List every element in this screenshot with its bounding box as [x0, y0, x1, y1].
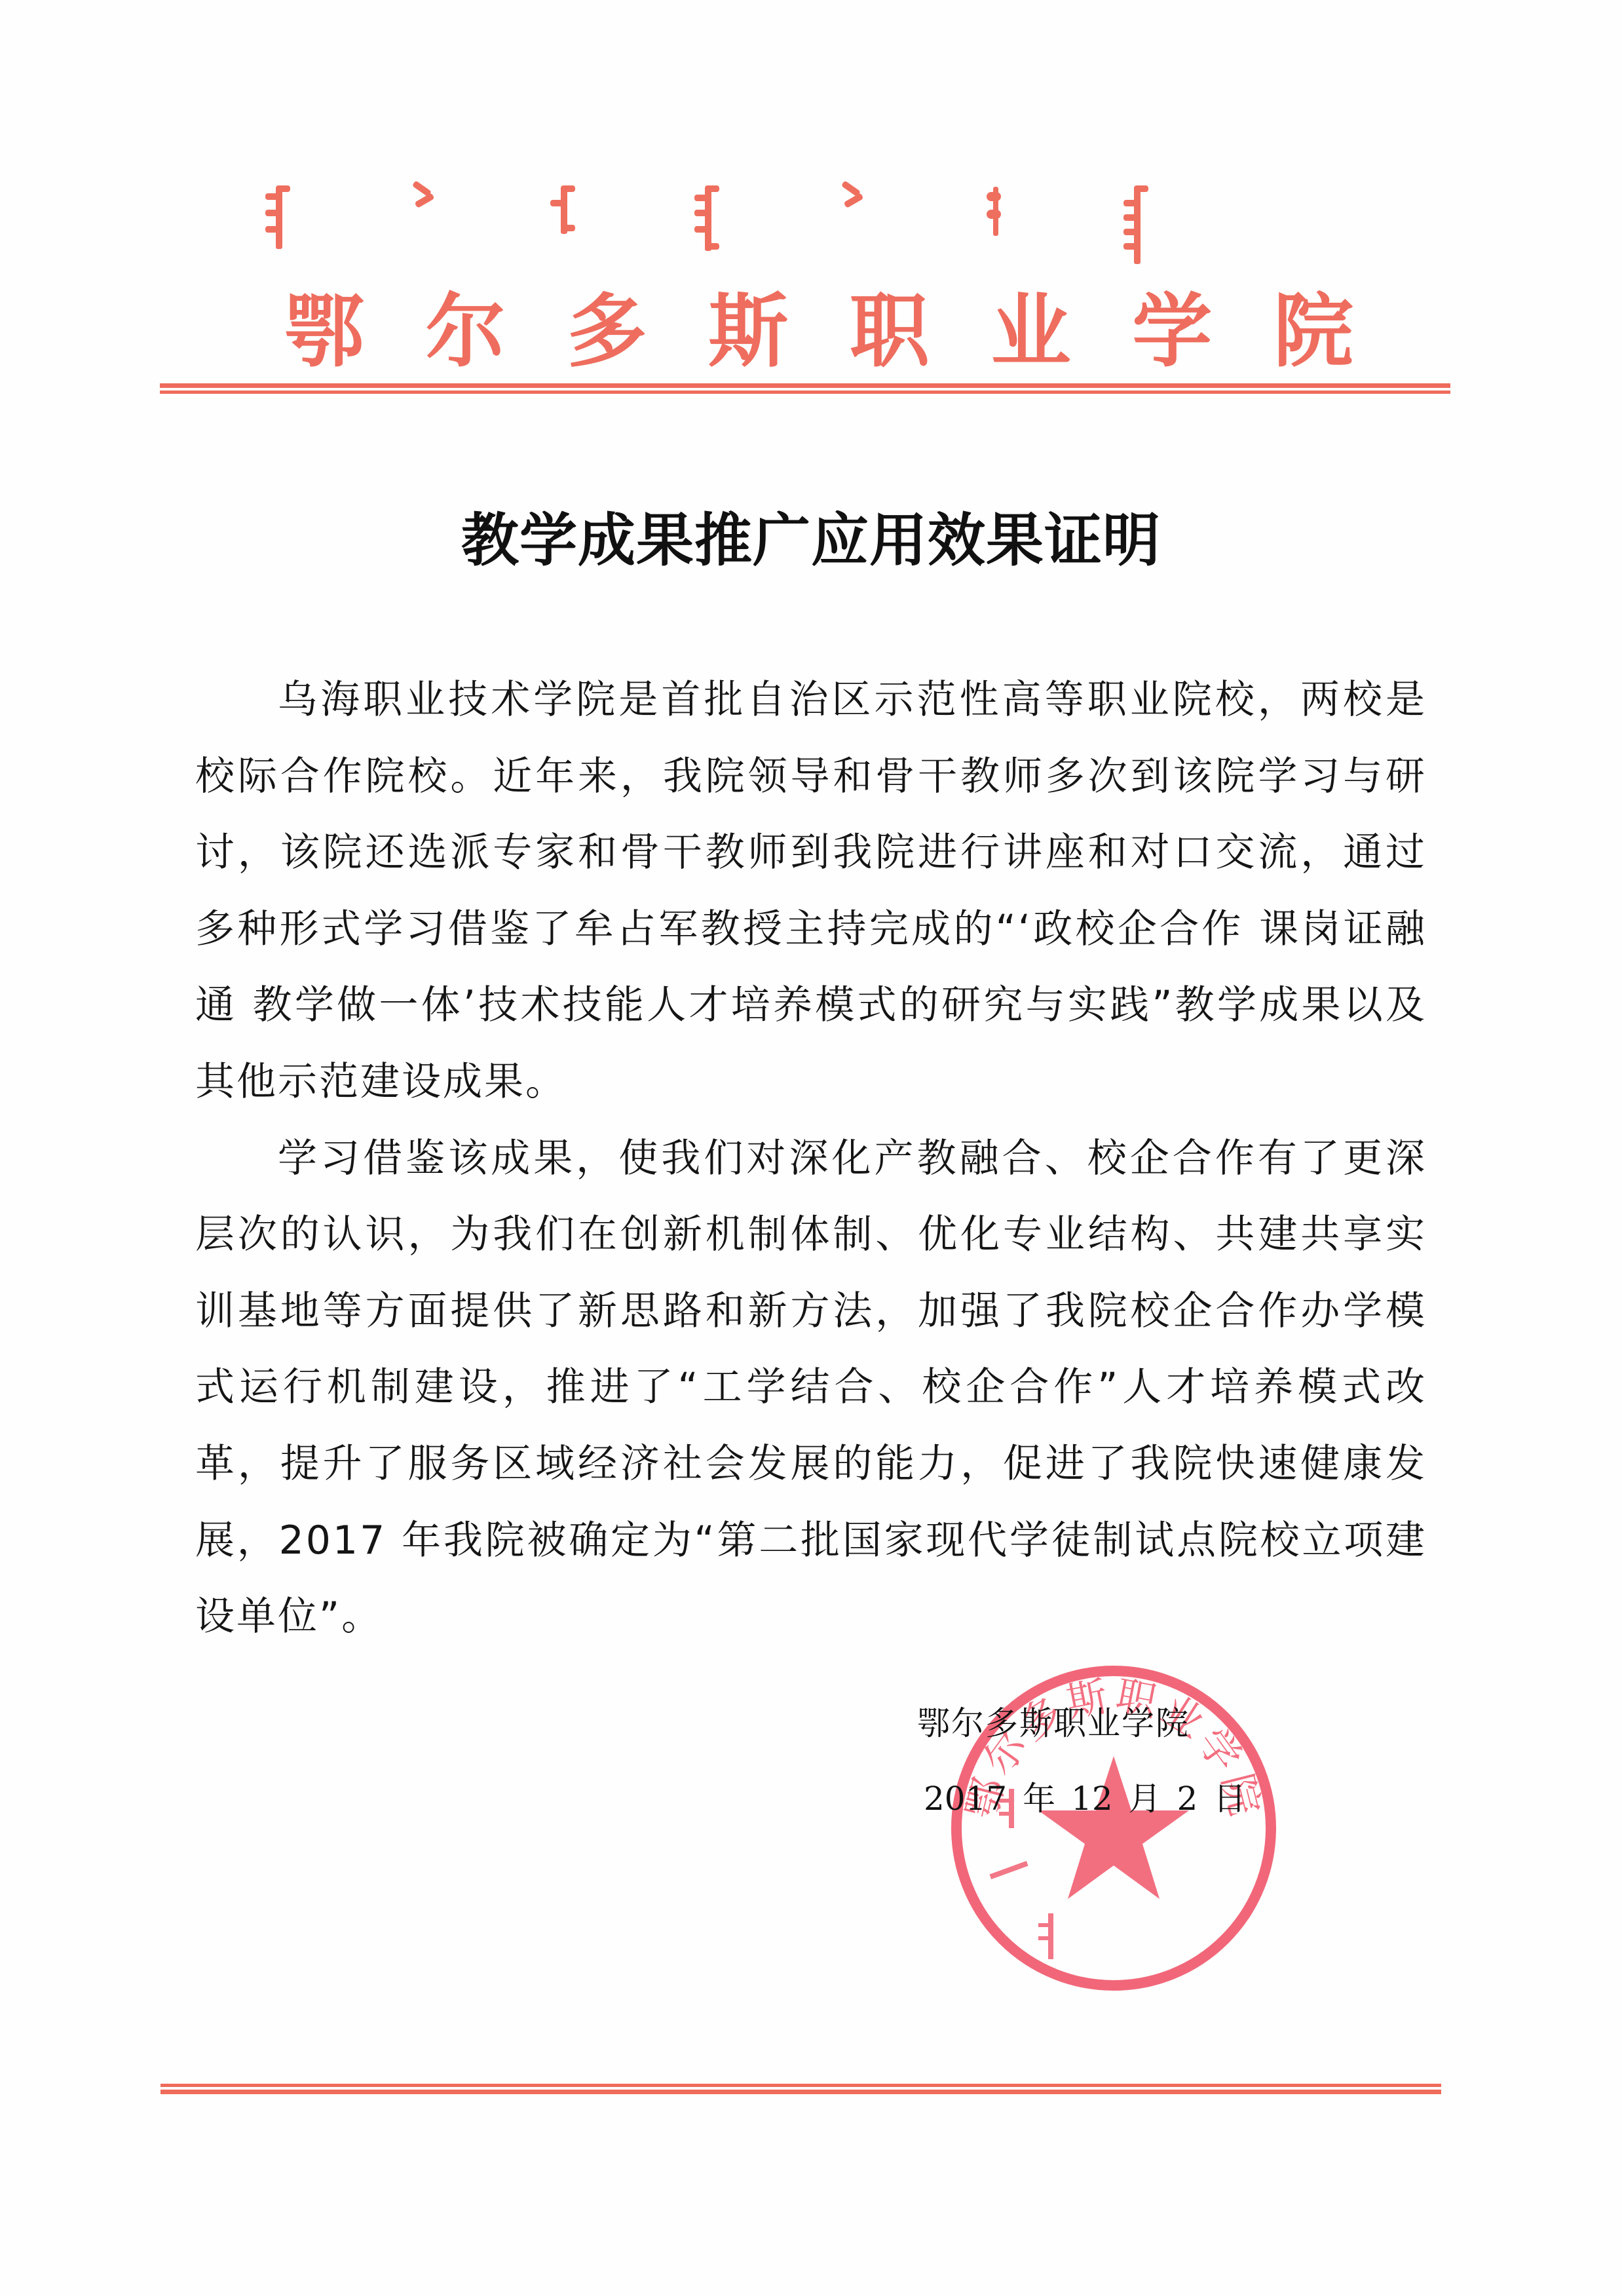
org-name-char: 多	[564, 267, 649, 382]
org-name-char: 职	[847, 267, 932, 382]
mongolian-glyph	[550, 180, 576, 239]
footer-divider-thick	[160, 2090, 1441, 2094]
signature-date: 2017 年 12 月 2 日	[924, 1772, 1246, 1820]
org-name-char: 斯	[706, 267, 791, 382]
signature-org: 鄂尔多斯职业学院	[917, 1697, 1190, 1744]
mongolian-glyph	[694, 180, 721, 259]
footer-divider-thin	[160, 2084, 1441, 2087]
mongolian-glyph	[839, 180, 865, 213]
mongolian-glyph	[409, 180, 436, 213]
mongolian-glyph	[983, 180, 1009, 239]
org-name-char: 学	[1129, 267, 1215, 382]
header-divider-thick	[160, 383, 1450, 388]
mongolian-glyph	[1123, 180, 1150, 272]
body-paragraph: 学习借鉴该成果，使我们对深化产教融合、校企合作有了更深层次的认识，为我们在创新机…	[195, 1120, 1427, 1655]
org-name-char: 业	[989, 267, 1074, 382]
org-name-char: 鄂	[282, 267, 367, 382]
document-page: 鄂 尔 多 斯 职 业 学 院 教学成果推广应用效果证明 乌海职业技术学院是首批…	[0, 0, 1622, 2296]
document-title: 教学成果推广应用效果证明	[0, 495, 1622, 577]
letterhead-org-name: 鄂 尔 多 斯 职 业 学 院	[282, 278, 1356, 370]
document-body: 乌海职业技术学院是首批自治区示范性高等职业院校，两校是校际合作院校。近年来，我院…	[195, 662, 1427, 1655]
org-name-char: 尔	[423, 267, 508, 382]
org-name-char: 院	[1271, 267, 1356, 382]
body-paragraph: 乌海职业技术学院是首批自治区示范性高等职业院校，两校是校际合作院校。近年来，我院…	[195, 662, 1427, 1120]
header-divider-thin	[160, 391, 1450, 394]
mongolian-glyph	[265, 180, 292, 262]
